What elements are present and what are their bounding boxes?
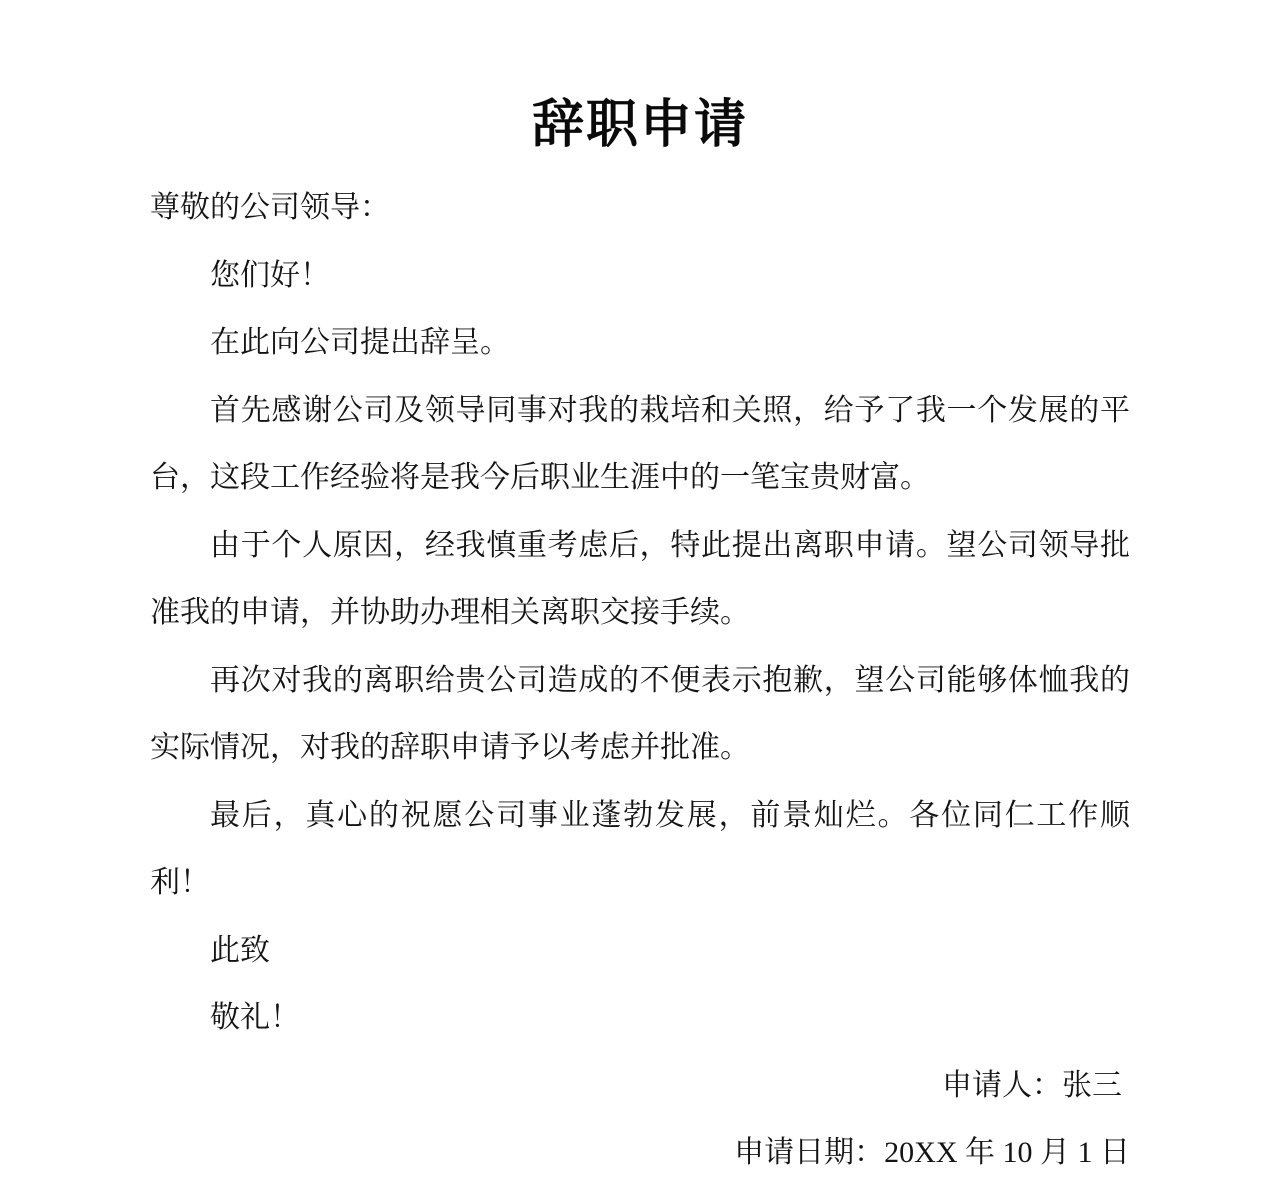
signature-block: 申请人：张三 申请日期：20XX 年 10 月 1 日 [150, 1052, 1130, 1187]
resignation-statement: 在此向公司提出辞呈。 [150, 309, 1130, 377]
applicant-signature: 申请人：张三 [150, 1052, 1130, 1120]
salute-line: 敬礼！ [150, 984, 1130, 1052]
salutation-line: 尊敬的公司领导： [150, 174, 1130, 242]
document-title: 辞职申请 [150, 0, 1130, 154]
greeting-line: 您们好！ [150, 242, 1130, 310]
document-page: 辞职申请 尊敬的公司领导： 您们好！ 在此向公司提出辞呈。 首先感谢公司及领导同… [0, 0, 1280, 1195]
apology-paragraph: 再次对我的离职给贵公司造成的不便表示抱歉，望公司能够体恤我的实际情况，对我的辞职… [150, 647, 1130, 782]
closing-line: 此致 [150, 917, 1130, 985]
gratitude-paragraph: 首先感谢公司及领导同事对我的栽培和关照，给予了我一个发展的平台，这段工作经验将是… [150, 377, 1130, 512]
reason-paragraph: 由于个人原因，经我慎重考虑后，特此提出离职申请。望公司领导批准我的申请，并协助办… [150, 512, 1130, 647]
application-date: 申请日期：20XX 年 10 月 1 日 [150, 1119, 1130, 1187]
well-wishes-paragraph: 最后，真心的祝愿公司事业蓬勃发展，前景灿烂。各位同仁工作顺利！ [150, 782, 1130, 917]
letter-body: 尊敬的公司领导： 您们好！ 在此向公司提出辞呈。 首先感谢公司及领导同事对我的栽… [150, 174, 1130, 1187]
